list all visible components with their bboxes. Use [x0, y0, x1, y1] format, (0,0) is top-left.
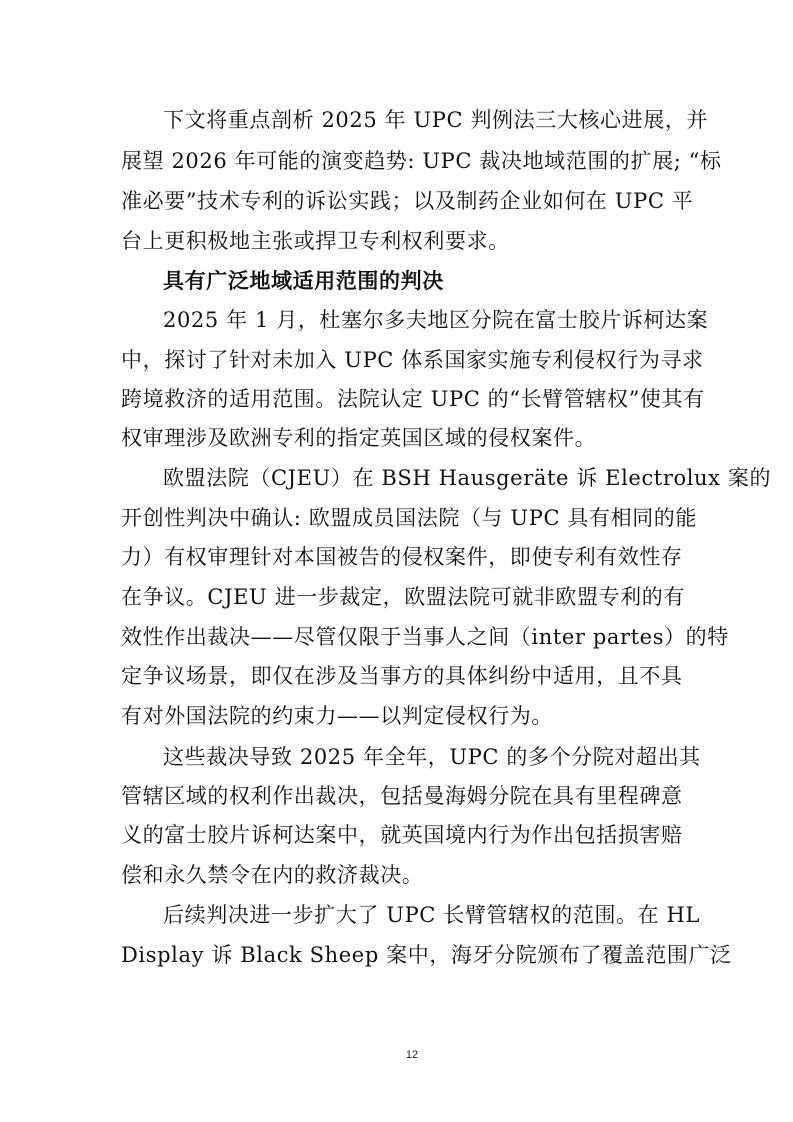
paragraph-2-line-3: 跨境救济的适用范围。法院认定 UPC 的“长臂管辖权”使其有 [121, 384, 672, 414]
paragraph-5-line-1: 后续判决进一步扩大了 UPC 长臂管辖权的范围。在 HL [163, 900, 672, 930]
paragraph-1-line-1: 下文将重点剖析 2025 年 UPC 判例法三大核心进展，并 [163, 105, 672, 135]
paragraph-3-line-4: 在争议。CJEU 进一步裁定，欧盟法院可就非欧盟专利的有 [121, 582, 672, 612]
paragraph-3-line-3: 力）有权审理针对本国被告的侵权案件，即使专利有效性存 [121, 542, 672, 572]
paragraph-3-line-5: 效性作出裁决——尽管仅限于当事人之间（inter partes）的特 [121, 622, 672, 652]
document-page: 下文将重点剖析 2025 年 UPC 判例法三大核心进展，并 展望 2026 年… [0, 0, 793, 1122]
paragraph-1-line-4: 台上更积极地主张或捍卫专利权利要求。 [121, 226, 672, 256]
paragraph-4-line-3: 义的富士胶片诉柯达案中，就英国境内行为作出包括损害赔 [121, 820, 672, 850]
paragraph-2-line-1: 2025 年 1 月，杜塞尔多夫地区分院在富士胶片诉柯达案 [163, 305, 672, 335]
paragraph-1-line-2: 展望 2026 年可能的演变趋势: UPC 裁决地域范围的扩展; “标 [121, 146, 672, 176]
section-heading: 具有广泛地域适用范围的判决 [163, 266, 672, 296]
paragraph-4-line-4: 偿和永久禁令在内的救济裁决。 [121, 860, 672, 890]
page-number: 12 [396, 1049, 428, 1061]
paragraph-2-line-4: 权审理涉及欧洲专利的指定英国区域的侵权案件。 [121, 423, 672, 453]
paragraph-3-line-2: 开创性判决中确认: 欧盟成员国法院（与 UPC 具有相同的能 [121, 503, 672, 533]
paragraph-3-line-1: 欧盟法院（CJEU）在 BSH Hausgeräte 诉 Electrolux … [163, 463, 672, 493]
paragraph-4-line-1: 这些裁决导致 2025 年全年，UPC 的多个分院对超出其 [163, 742, 672, 772]
paragraph-5-line-2: Display 诉 Black Sheep 案中，海牙分院颁布了覆盖范围广泛 [121, 940, 672, 970]
paragraph-4-line-2: 管辖区域的权利作出裁决，包括曼海姆分院在具有里程碑意 [121, 781, 672, 811]
paragraph-3-line-7: 有对外国法院的约束力——以判定侵权行为。 [121, 701, 672, 731]
paragraph-2-line-2: 中，探讨了针对未加入 UPC 体系国家实施专利侵权行为寻求 [121, 345, 672, 375]
paragraph-3-line-6: 定争议场景，即仅在涉及当事方的具体纠纷中适用，且不具 [121, 661, 672, 691]
paragraph-1-line-3: 准必要”技术专利的诉讼实践；以及制药企业如何在 UPC 平 [121, 186, 672, 216]
